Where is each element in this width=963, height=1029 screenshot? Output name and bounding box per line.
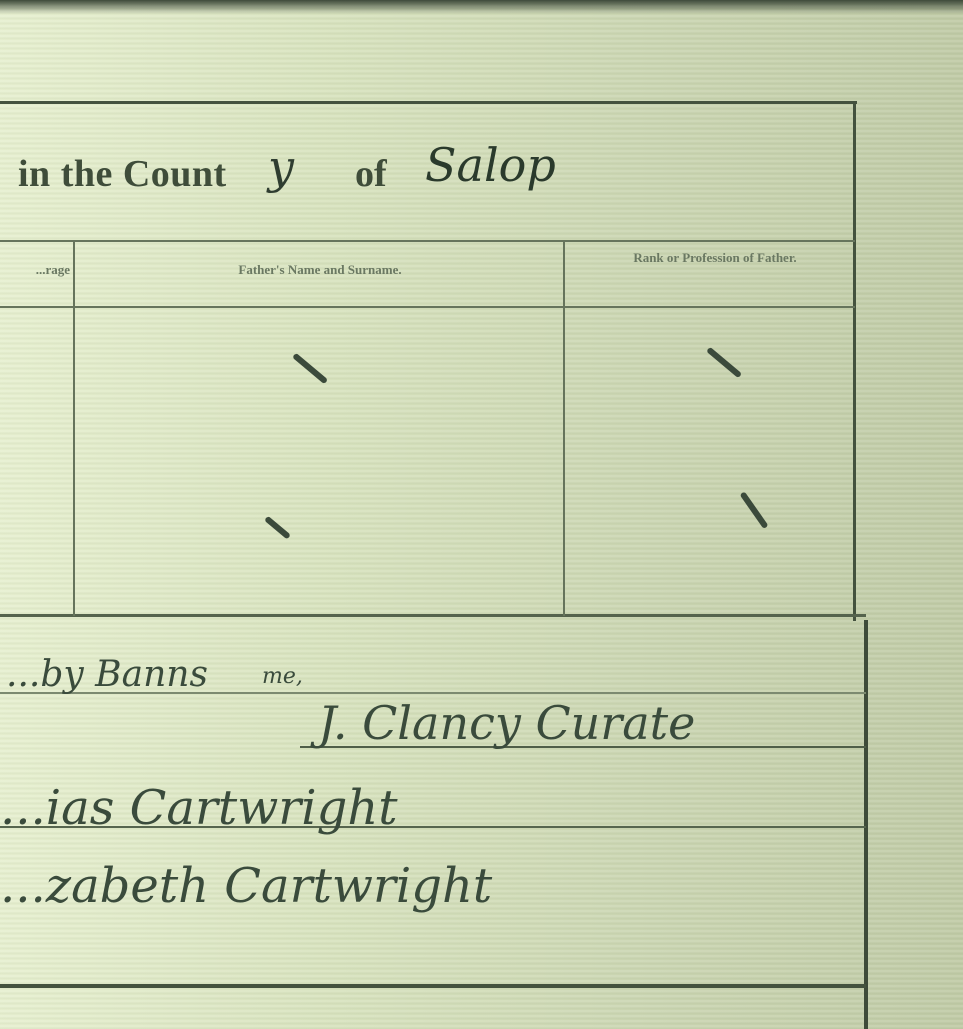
column-divider-2 xyxy=(563,240,565,616)
register-page: in the Count y of Salop ...rage Father's… xyxy=(0,0,963,1029)
column-header-rage: ...rage xyxy=(0,262,70,278)
entry-1-rank-mark xyxy=(706,347,742,379)
column-divider-1 xyxy=(73,240,75,616)
frame-top-rule xyxy=(0,101,857,104)
rule-line xyxy=(0,984,866,988)
married-by-prefix: ...by Banns xyxy=(6,654,208,695)
county-handwritten-suffix: y xyxy=(268,140,294,194)
table-bottom-rule xyxy=(0,614,866,617)
married-by-label: me, xyxy=(262,664,303,689)
frame-right-rule-lower xyxy=(864,620,868,1029)
table-top-rule xyxy=(0,240,855,242)
county-printed-of: of xyxy=(355,152,387,196)
frame-right-rule xyxy=(853,101,856,621)
officiant-signature: J. Clancy Curate xyxy=(318,696,695,750)
column-header-rank-profession: Rank or Profession of Father. xyxy=(580,250,850,266)
county-handwritten-name: Salop xyxy=(425,138,556,192)
entry-1-fathers-name-mark xyxy=(292,353,328,385)
signature-1: ...ias Cartwright xyxy=(0,780,398,836)
entry-2-fathers-name-mark xyxy=(264,516,291,540)
column-header-fathers-name: Father's Name and Surname. xyxy=(120,262,520,278)
header-bottom-rule xyxy=(0,306,855,308)
signature-2: ...zabeth Cartwright xyxy=(0,858,492,914)
entry-2-rank-mark xyxy=(740,491,769,529)
county-printed-prefix: in the Count xyxy=(18,152,227,196)
page-edge-shadow xyxy=(0,0,963,14)
